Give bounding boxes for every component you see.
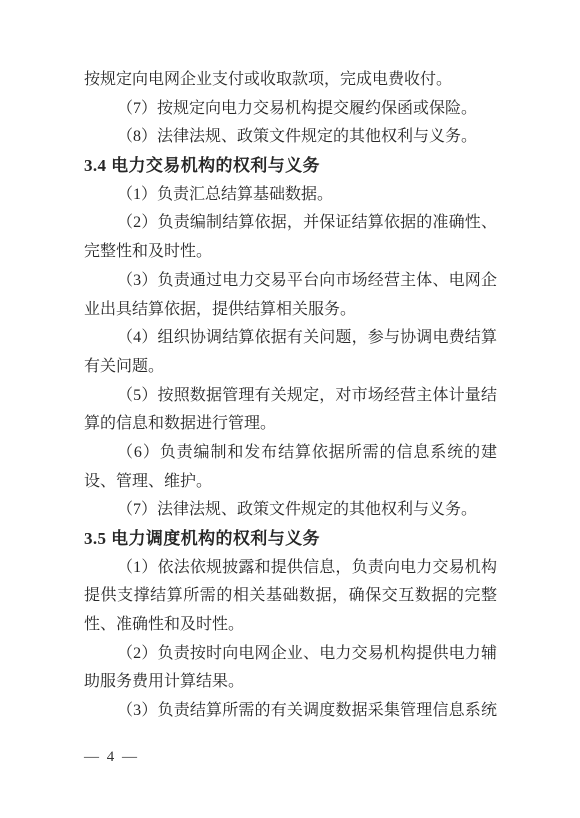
text-line: 完整性和及时性。	[84, 238, 497, 267]
text-line: 按规定向电网企业支付或收取款项，完成电费收付。	[84, 66, 497, 95]
section-heading: 3.5 电力调度机构的权利与义务	[84, 525, 497, 554]
text-line: （2）负责编制结算依据，并保证结算依据的准确性、	[84, 209, 497, 238]
text-line: 性、准确性和及时性。	[84, 611, 497, 640]
text-line: （4）组织协调结算依据有关问题，参与协调电费结算	[84, 324, 497, 353]
text-line: （3）负责通过电力交易平台向市场经营主体、电网企	[84, 267, 497, 296]
text-line: （6）负责编制和发布结算依据所需的信息系统的建	[84, 439, 497, 468]
text-line: （5）按照数据管理有关规定，对市场经营主体计量结	[84, 382, 497, 411]
document-page: 按规定向电网企业支付或收取款项，完成电费收付。 （7）按规定向电力交易机构提交履…	[0, 0, 580, 818]
text-line: 业出具结算依据，提供结算相关服务。	[84, 296, 497, 325]
text-line: （8）法律法规、政策文件规定的其他权利与义务。	[84, 123, 497, 152]
text-line: 助服务费用计算结果。	[84, 668, 497, 697]
document-body: 按规定向电网企业支付或收取款项，完成电费收付。 （7）按规定向电力交易机构提交履…	[84, 66, 497, 726]
text-line: （1）负责汇总结算基础数据。	[84, 181, 497, 210]
text-line: （3）负责结算所需的有关调度数据采集管理信息系统	[84, 697, 497, 726]
text-line: 算的信息和数据进行管理。	[84, 410, 497, 439]
text-line: （1）依法依规披露和提供信息，负责向电力交易机构	[84, 554, 497, 583]
text-line: （7）按规定向电力交易机构提交履约保函或保险。	[84, 95, 497, 124]
text-line: 提供支撑结算所需的相关基础数据，确保交互数据的完整	[84, 582, 497, 611]
page-number-footer: — 4 —	[84, 749, 139, 766]
text-line: 有关问题。	[84, 353, 497, 382]
text-line: （7）法律法规、政策文件规定的其他权利与义务。	[84, 496, 497, 525]
section-heading: 3.4 电力交易机构的权利与义务	[84, 152, 497, 181]
text-line: （2）负责按时向电网企业、电力交易机构提供电力辅	[84, 640, 497, 669]
text-line: 设、管理、维护。	[84, 468, 497, 497]
